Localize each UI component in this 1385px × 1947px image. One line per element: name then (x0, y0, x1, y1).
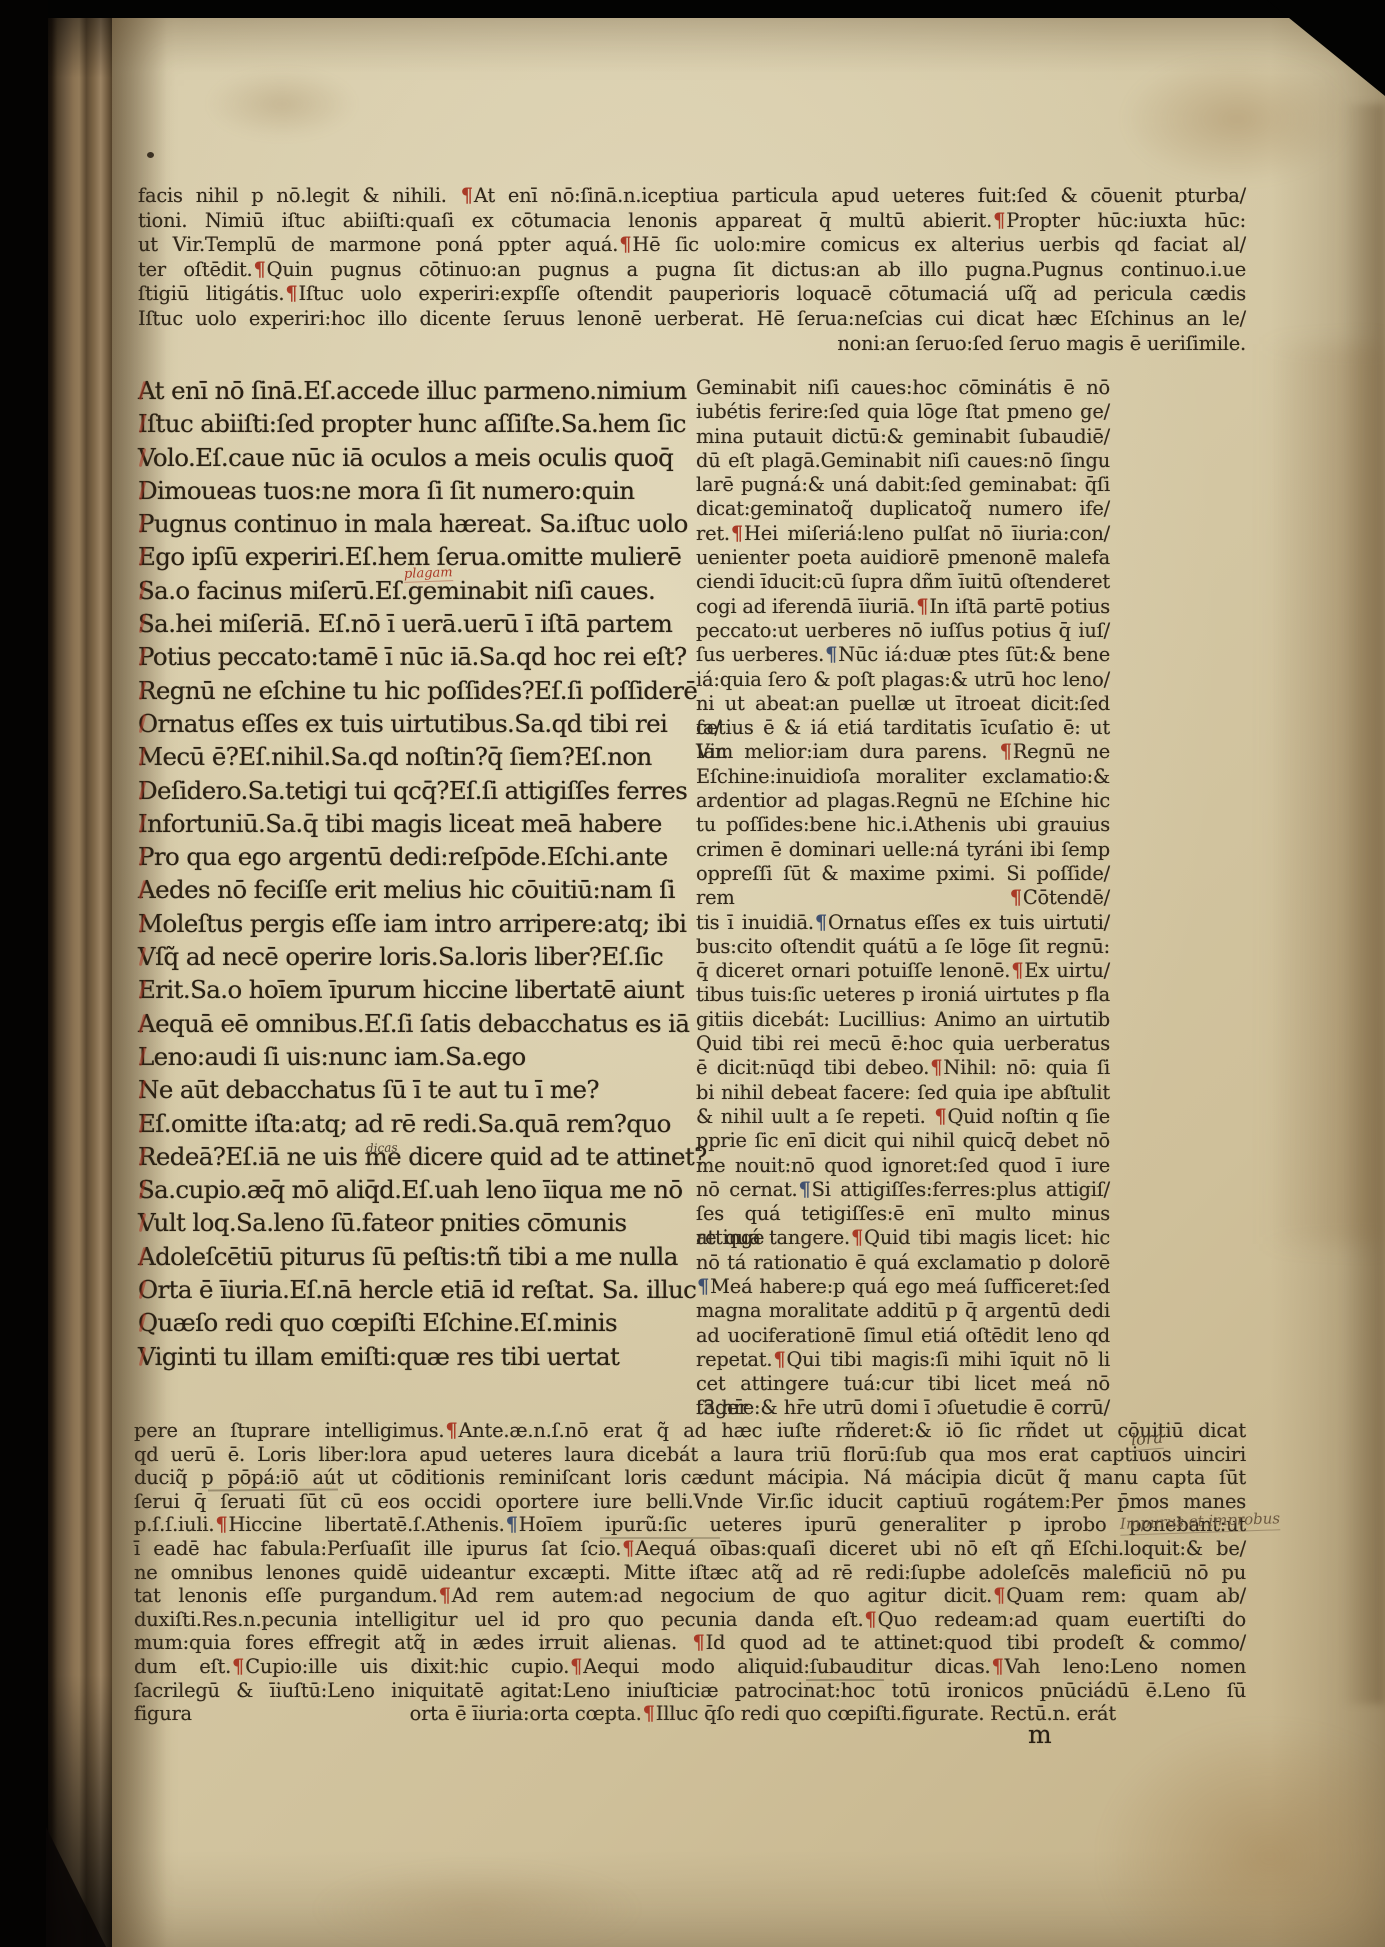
text-line: Regnū ne eſchine tu hic poſſides?Eſ.ſi p… (138, 674, 716, 707)
foxing-stain (1122, 54, 1352, 184)
text-line: Dimoueas tuos:ne mora ſi ſit numero:quin (138, 474, 716, 507)
text-line: ut Vir.Templū de marmone poná ppter aquá… (138, 233, 1246, 258)
rubric-pilcrow: ¶ (569, 1655, 583, 1678)
text-line: Deſidero.Sa.tetigi tui qcq̄?Eſ.ſi attigi… (138, 774, 716, 807)
text-line: cetius ē & iá etiá tarditatis īcuſatio ē… (696, 716, 1110, 740)
text-line: Sa.hei miſeriā. Eſ.nō ī uerā.uerū ī iſtā… (138, 607, 716, 640)
text-line: ē dicit:nūqd tibi debeo.¶Nihil: nō: quia… (696, 1056, 1110, 1080)
photographed-book-page: facis nihil p nō.legit & nihili. ¶At enī… (0, 0, 1385, 1947)
text-line: ſus uerberes.¶Nūc iá:duæ ptes ſūt:& bene (696, 643, 1110, 667)
blue-pilcrow: ¶ (696, 1275, 710, 1298)
rubric-pilcrow: ¶ (999, 740, 1013, 763)
text-line: Mecū ē?Eſ.nihil.Sa.qd noſtin?q̄ ſiem?Eſ.… (138, 740, 716, 773)
text-line: figuraorta ē īiuria:orta cœpta.¶Illuc q̄… (134, 1702, 1246, 1726)
rubric-pilcrow: ¶ (772, 1348, 786, 1371)
ink-speck (147, 152, 154, 158)
text-line: Quæſo redi quo cœpiſti Eſchine.Eſ.minis (138, 1306, 716, 1339)
text-line: uenienter poeta auidiorē pmenonē malefa (696, 546, 1110, 570)
text-line: ſ3 hr̄e:& hr̄e utrū domi ī ɔſuetudie ē c… (696, 1396, 1110, 1420)
blue-pilcrow: ¶ (505, 1513, 519, 1536)
blue-pilcrow: ¶ (824, 643, 838, 666)
blue-pilcrow: ¶ (798, 1178, 812, 1201)
rubric-pilcrow: ¶ (933, 1105, 947, 1128)
text-line: ad uociferationē ſimul etiá oſtēdit leno… (696, 1324, 1110, 1348)
interlinear-gloss-red: plagam (404, 565, 453, 583)
rubric-pilcrow: ¶ (642, 1702, 656, 1725)
signature-mark: m (1028, 1720, 1052, 1749)
text-line: gitiis dicebát: Lucillius: Animo an uirt… (696, 1008, 1110, 1032)
text-line: Potius peccato:tamē ī nūc iā.Sa.qd hoc r… (138, 640, 716, 673)
text-line: dum eſt.¶Cupio:ille uis dixit:hic cupio.… (134, 1655, 1246, 1679)
rubric-pilcrow: ¶ (730, 522, 744, 545)
text-line: mum:quia fores effregit atq̃ in ædes irr… (134, 1631, 1246, 1655)
rubric-pilcrow: ¶ (1010, 959, 1024, 982)
text-line: Sa.cupio.æq̄ mō aliq̄d.Eſ.uah leno īiqua… (138, 1173, 716, 1206)
text-line: bi nihil debeat facere: ſed quia ipe abſ… (696, 1081, 1110, 1105)
text-line: Vult loq.Sa.leno ſū.fateor pnities cōmun… (138, 1206, 716, 1239)
text-line: Eſchine:inuidioſa moraliter exclamatio:& (696, 765, 1110, 789)
text-line: Pro qua ego argentū dedi:reſpōde.Eſchi.a… (138, 840, 716, 873)
text-line: dū eſt plagā.Geminabit niſi caues:nō ſin… (696, 449, 1110, 473)
text-line: p.ſ.ſ.iuli.¶Hiccine libertatē.ſ.Athenis.… (134, 1513, 1246, 1537)
text-line: nō tá rationatio ē quá exclamatio p dolo… (696, 1251, 1110, 1275)
rubric-pilcrow: ¶ (1009, 886, 1023, 909)
text-line: At enī nō ſinā.Eſ.accede illuc parmeno.n… (138, 374, 716, 407)
text-line: ſacrilegū & īiuſtū:Leno iniquitatē agita… (134, 1679, 1246, 1703)
rubric-pilcrow: ¶ (929, 1056, 943, 1079)
text-line: Geminabit niſi caues:hoc cōminátis ē nō (696, 376, 1110, 400)
text-line: Ornatus eſſes ex tuis uirtutibus.Sa.qd t… (138, 707, 716, 740)
text-line: Volo.Eſ.caue nūc iā oculos a meis oculis… (138, 441, 716, 474)
text-line: tat lenonis eſſe purgandum.¶Ad rem autem… (134, 1584, 1246, 1608)
text-line: Leno:audi ſi uis:nunc iam.Sa.ego (138, 1040, 716, 1073)
text-line: ne omnibus lenones quidē uideantur excæp… (134, 1561, 1246, 1585)
rubric-pilcrow: ¶ (992, 1584, 1006, 1607)
text-line: ni ut abeat:an puellæ ut ītroeat dicit:ſ… (696, 692, 1110, 716)
text-line: ciendi īducit:cū ſupra dñm īuitū oſtende… (696, 570, 1110, 594)
text-line: oppreſſi ſūt & maxime pximi. Si poſſide/ (696, 862, 1110, 886)
text-line: nō cernat.¶Si attigiſſes:ferres:plus att… (696, 1178, 1110, 1202)
text-line: mina putauit dictū:& geminabit ſubaudiē/ (696, 425, 1110, 449)
text-line: iá:quia ſero & poſt plagas:& utrū hoc le… (696, 668, 1110, 692)
text-line: Iam melior:iam dura parens. ¶Regnū ne (696, 740, 1110, 764)
text-line: ſes quá tetigiſſes:ē enī multo minus att… (696, 1202, 1110, 1226)
text-line: Infortuniū.Sa.q̄ tibi magis liceat meā h… (138, 807, 716, 840)
text-line: larē pugná:& uná dabit:ſed geminabat: q̄… (696, 473, 1110, 497)
text-line: ſerui q̄ ſeruati ſūt cū eos occidi oport… (134, 1490, 1246, 1514)
text-line: me nouit:nō quod ignoret:ſed quod ī iure (696, 1154, 1110, 1178)
rubric-pilcrow: ¶ (444, 1419, 458, 1442)
text-line: dicat:geminatoq̃ duplicatoq̃ numero ife/ (696, 497, 1110, 521)
text-line: Quid tibi rei mecū ē:hoc quia uerberatus (696, 1032, 1110, 1056)
rubric-pilcrow: ¶ (992, 209, 1006, 232)
rubric-pilcrow: ¶ (438, 1584, 452, 1607)
text-line: crimen ē dominari uelle:ná tyráni ibi ſe… (696, 838, 1110, 862)
text-line: cet attingere tuá:cur tibi licet meá nō … (696, 1372, 1110, 1396)
foxing-stain (207, 69, 357, 139)
text-line: Aequā eē omnibus.Eſ.ſi ſatis debacchatus… (138, 1007, 716, 1040)
rubric-pilcrow: ¶ (214, 1513, 228, 1536)
text-line: qd uerū ē. Loris liber:lora apud ueteres… (134, 1443, 1246, 1467)
text-line: Pugnus continuo in mala hæreat. Sa.iſtuc… (138, 507, 716, 540)
annotation-underline (806, 1679, 884, 1681)
text-line: rem¶Cōtendē/ (696, 886, 1110, 910)
text-line: Iſtuc uolo experiri:hoc illo dicente ſer… (138, 307, 1246, 332)
rubric-pilcrow: ¶ (284, 282, 298, 305)
photo-black-top-edge (0, 0, 1385, 18)
foxing-stain (1262, 344, 1382, 1244)
text-line: facis nihil p nō.legit & nihili. ¶At enī… (138, 184, 1246, 209)
bottom-commentary-block: pere an ſtuprare intelligimus.¶Ante.æ.n.… (134, 1419, 1246, 1726)
text-line: ¶Meá habere:p quá ego meá ſufficeret:ſed (696, 1275, 1110, 1299)
rubric-pilcrow: ¶ (253, 258, 267, 281)
text-line: repetat.¶Qui tibi magis:ſi mihi īquit nō… (696, 1348, 1110, 1372)
text-line: Vſq̃ ad necē operire loris.Sa.loris libe… (138, 940, 716, 973)
text-line: pprie ſic enī dicit qui nihil quicq̄ deb… (696, 1129, 1110, 1153)
text-line: duciq̃ p pōpá:iō aút ut cōditionis remin… (134, 1466, 1246, 1490)
text-line: Iſtuc abiiſti:ſed propter hunc aſſiſte.S… (138, 407, 716, 440)
text-line: ret.¶Hei miſeriá:leno pulſat nō īiuria:c… (696, 522, 1110, 546)
text-line: Orta ē īiuria.Eſ.nā hercle etiā id reſta… (138, 1273, 716, 1306)
text-line: Eſ.omitte iſta:atq; ad rē redi.Sa.quā re… (138, 1107, 716, 1140)
photo-black-left-edge (0, 0, 48, 1947)
text-line: tioni. Nimiū iſtuc abiiſti:quaſi ex cōtu… (138, 209, 1246, 234)
text-line: magna moralitate additū p q̄ argentū ded… (696, 1299, 1110, 1323)
top-commentary-block: facis nihil p nō.legit & nihili. ¶At enī… (138, 184, 1246, 356)
text-line: pere an ſtuprare intelligimus.¶Ante.æ.n.… (134, 1419, 1246, 1443)
fore-edge-shadow (1342, 104, 1385, 1704)
interlinear-gloss-ink: dicas (366, 1140, 398, 1155)
rubric-pilcrow: ¶ (618, 233, 632, 256)
text-line: bus:cito oſtendit quátū a ſe lōge ſit re… (696, 935, 1110, 959)
text-line: ardentior ad plagas.Regnū ne Eſchine hic (696, 789, 1110, 813)
marginal-note-lora: lora (1130, 1428, 1164, 1452)
text-line: duxiſti.Res.n.pecunia intelligitur uel i… (134, 1608, 1246, 1632)
rubric-pilcrow: ¶ (863, 1608, 877, 1631)
rubric-pilcrow: ¶ (621, 1537, 635, 1560)
annotation-underline (600, 1537, 720, 1539)
right-commentary-block: Geminabit niſi caues:hoc cōminátis ē nōi… (696, 376, 1110, 1421)
text-line: Adoleſcētiū piturus ſū peſtis:tñ tibi a … (138, 1240, 716, 1273)
foxing-stain (1102, 1724, 1382, 1944)
text-line: iubétis ferire:ſed quia lōge ſtat pmeno … (696, 400, 1110, 424)
text-line: tibus tuis:ſic ueteres p ironiá uirtutes… (696, 983, 1110, 1007)
text-line: & nihil uult a ſe repeti. ¶Quid noſtin q… (696, 1105, 1110, 1129)
text-line: Moleſtus pergis eſſe iam intro arripere:… (138, 907, 716, 940)
text-line: ī eadē hac fabula:Perſuaſit ille ipurus … (134, 1537, 1246, 1561)
rubric-pilcrow: ¶ (991, 1655, 1005, 1678)
text-line: tis ī inuidiā.¶Ornatus eſſes ex tuis uir… (696, 911, 1110, 935)
text-line: Aedes nō feciſſe erit melius hic cōuitiū… (138, 873, 716, 906)
rubric-pilcrow: ¶ (691, 1631, 705, 1654)
rubric-pilcrow: ¶ (915, 595, 929, 618)
rubric-pilcrow: ¶ (850, 1226, 864, 1249)
text-line: tu poſſides:bene hic.i.Athenis ubi graui… (696, 813, 1110, 837)
text-line: Redeā?Eſ.iā ne uis me dicere quid ad te … (138, 1140, 716, 1173)
text-line: Erit.Sa.o hoīem īpurum hiccine libertatē… (138, 973, 716, 1006)
rubric-pilcrow: ¶ (231, 1655, 245, 1678)
text-line: peccato:ut uerberes nō iuſſus potius q̄ … (696, 619, 1110, 643)
text-line: q̄ diceret ornari potuiſſe lenonē.¶Ex ui… (696, 959, 1110, 983)
text-line: Ne aūt debacchatus ſū ī te aut tu ī me? (138, 1073, 716, 1106)
foxing-stain (312, 1864, 642, 1947)
text-line: cogi ad iferendā īiuriā.¶In iſtā partē p… (696, 595, 1110, 619)
text-line: Viginti tu illam emiſti:quæ res tibi uer… (138, 1340, 716, 1373)
text-line: re quá tangere.¶Quid tibi magis licet: h… (696, 1226, 1110, 1250)
book-spine-page-edges (46, 0, 118, 1947)
rubric-pilcrow: ¶ (460, 184, 474, 207)
text-line: ſtigiū litigátis.¶Iſtuc uolo experiri:ex… (138, 282, 1246, 307)
text-line: ter oſtēdit.¶Quin pugnus cōtinuo:an pugn… (138, 258, 1246, 283)
main-text-block: At enī nō ſinā.Eſ.accede illuc parmeno.n… (138, 374, 716, 1373)
blue-pilcrow: ¶ (814, 911, 828, 934)
text-line: noni:an ſeruo:ſed ſeruo magis ē ueriſimi… (138, 332, 1246, 357)
